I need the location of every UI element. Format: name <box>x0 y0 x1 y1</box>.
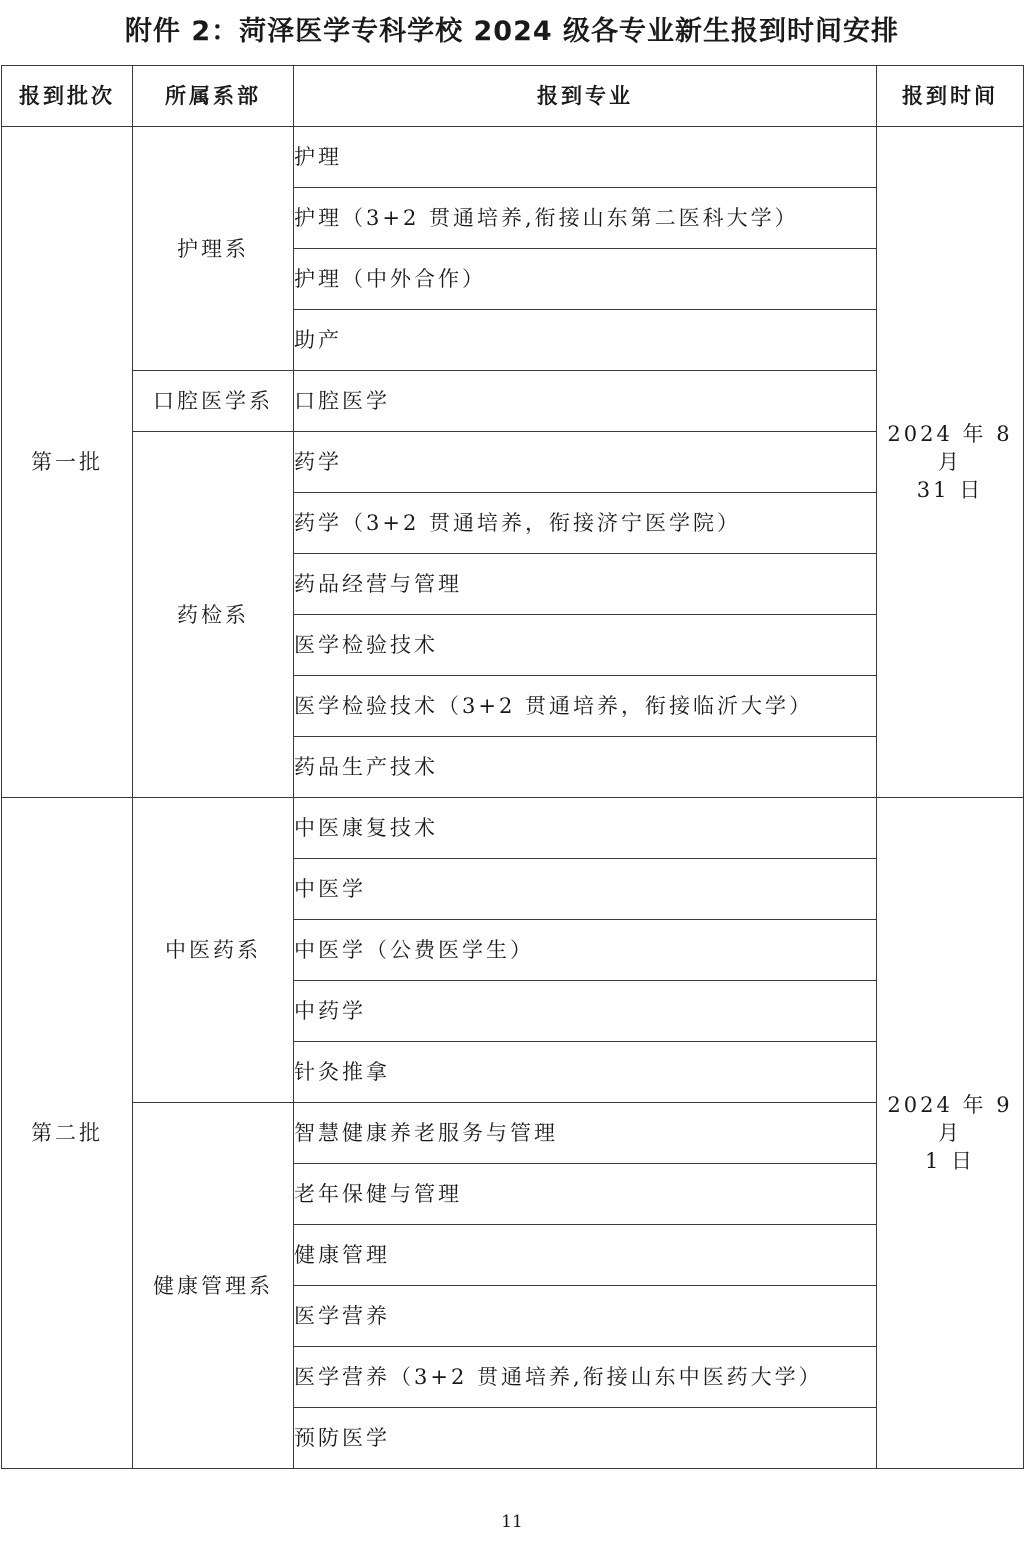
batch-cell: 第二批 <box>2 798 133 1469</box>
major-cell: 中医康复技术 <box>294 798 877 859</box>
batch-cell: 第一批 <box>2 127 133 798</box>
report-date-line1: 2024 年 8 月 <box>877 420 1023 476</box>
major-cell: 护理（中外合作） <box>294 249 877 310</box>
department-cell: 口腔医学系 <box>133 371 294 432</box>
header-time: 报到时间 <box>877 66 1024 127</box>
major-cell: 药学（3+2 贯通培养，衔接济宁医学院） <box>294 493 877 554</box>
table-row: 口腔医学系 口腔医学 <box>2 371 1024 432</box>
table-row: 第二批 中医药系 中医康复技术 2024 年 9 月 1 日 <box>2 798 1024 859</box>
major-cell: 口腔医学 <box>294 371 877 432</box>
table-header-row: 报到批次 所属系部 报到专业 报到时间 <box>2 66 1024 127</box>
document-title: 附件 2：菏泽医学专科学校 2024 级各专业新生报到时间安排 <box>0 12 1024 52</box>
header-department: 所属系部 <box>133 66 294 127</box>
page-number: 11 <box>0 1512 1024 1532</box>
major-cell: 中医学 <box>294 859 877 920</box>
major-cell: 医学营养（3+2 贯通培养,衔接山东中医药大学） <box>294 1347 877 1408</box>
report-date-line1: 2024 年 9 月 <box>877 1091 1023 1147</box>
major-cell: 智慧健康养老服务与管理 <box>294 1103 877 1164</box>
report-date-line2: 1 日 <box>877 1147 1023 1175</box>
major-cell: 助产 <box>294 310 877 371</box>
major-cell: 预防医学 <box>294 1408 877 1469</box>
major-cell: 老年保健与管理 <box>294 1164 877 1225</box>
major-cell: 药学 <box>294 432 877 493</box>
department-cell: 健康管理系 <box>133 1103 294 1469</box>
major-cell: 中药学 <box>294 981 877 1042</box>
major-cell: 医学检验技术 <box>294 615 877 676</box>
major-cell: 医学检验技术（3+2 贯通培养，衔接临沂大学） <box>294 676 877 737</box>
major-cell: 健康管理 <box>294 1225 877 1286</box>
major-cell: 护理 <box>294 127 877 188</box>
major-cell: 中医学（公费医学生） <box>294 920 877 981</box>
major-cell: 针灸推拿 <box>294 1042 877 1103</box>
major-cell: 医学营养 <box>294 1286 877 1347</box>
report-time-cell: 2024 年 9 月 1 日 <box>877 798 1024 1469</box>
table-row: 健康管理系 智慧健康养老服务与管理 <box>2 1103 1024 1164</box>
major-cell: 药品经营与管理 <box>294 554 877 615</box>
header-batch: 报到批次 <box>2 66 133 127</box>
department-cell: 药检系 <box>133 432 294 798</box>
major-cell: 药品生产技术 <box>294 737 877 798</box>
enrollment-schedule-table: 报到批次 所属系部 报到专业 报到时间 第一批 护理系 护理 2024 年 8 … <box>1 65 1024 1469</box>
report-date-line2: 31 日 <box>877 476 1023 504</box>
table-row: 药检系 药学 <box>2 432 1024 493</box>
report-time-cell: 2024 年 8 月 31 日 <box>877 127 1024 798</box>
header-major: 报到专业 <box>294 66 877 127</box>
department-cell: 护理系 <box>133 127 294 371</box>
table-row: 第一批 护理系 护理 2024 年 8 月 31 日 <box>2 127 1024 188</box>
major-cell: 护理（3+2 贯通培养,衔接山东第二医科大学） <box>294 188 877 249</box>
department-cell: 中医药系 <box>133 798 294 1103</box>
